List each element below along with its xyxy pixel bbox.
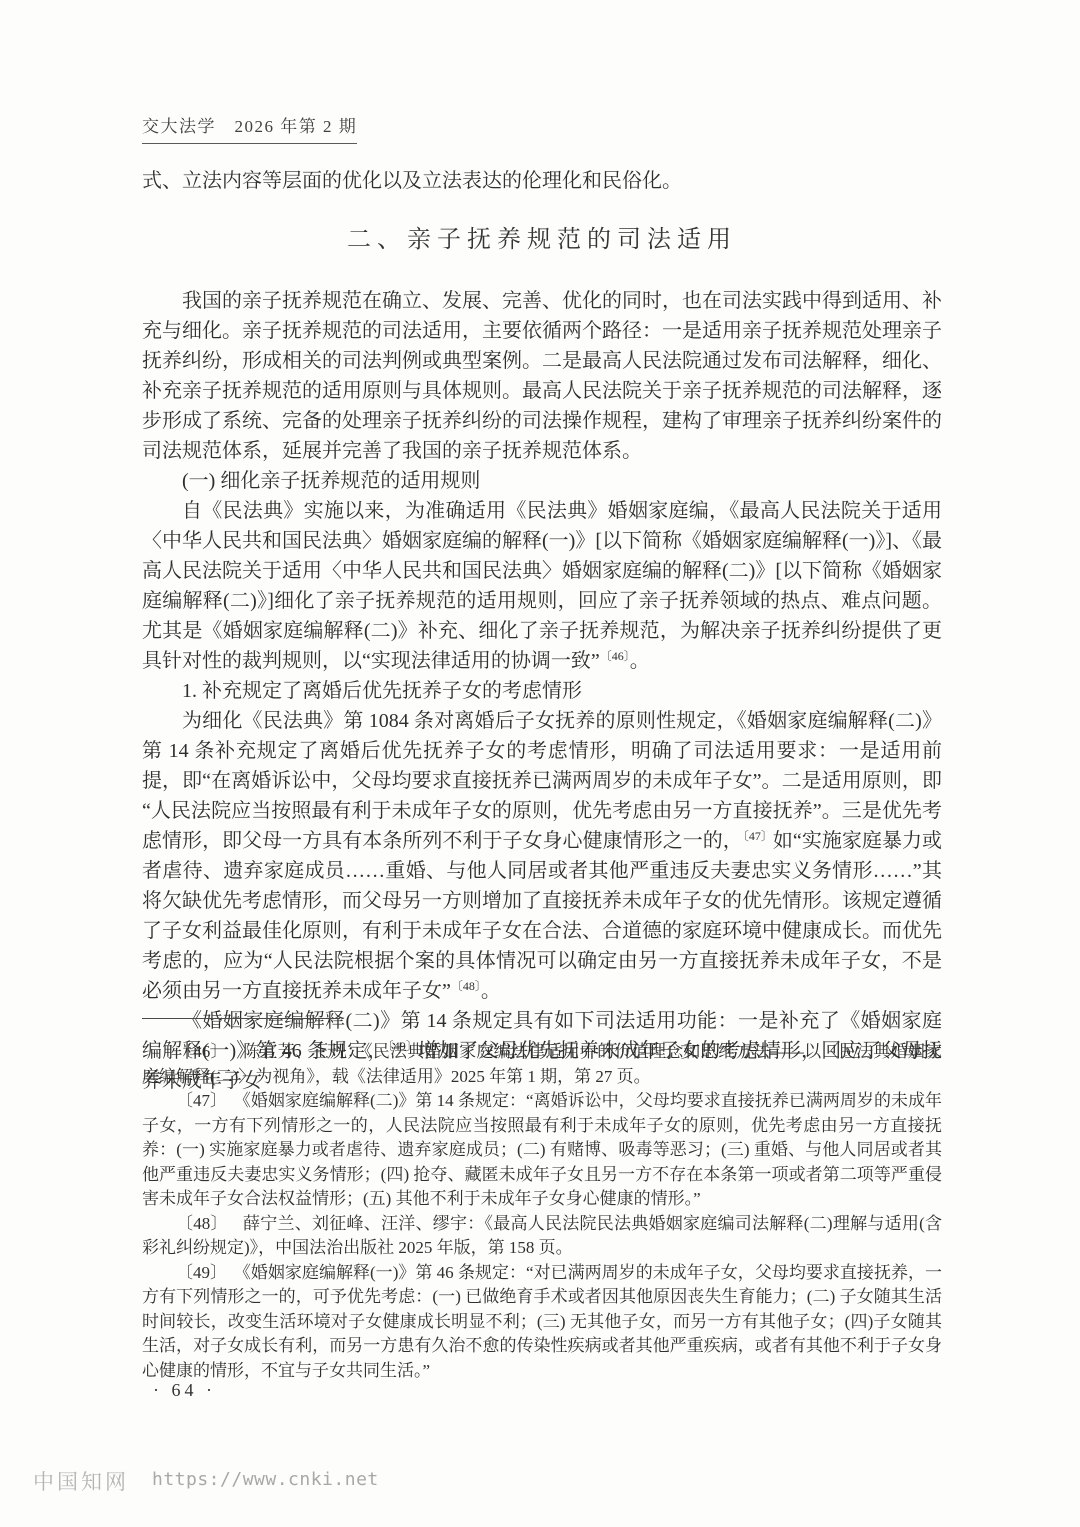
footnote-separator xyxy=(142,1018,340,1019)
footnote-item: 〔48〕薛宁兰、刘征峰、汪洋、缪宇：《最高人民法院民法典婚姻家庭编司法解释(二)… xyxy=(142,1212,942,1261)
footnote-marker: 〔48〕 xyxy=(176,1214,228,1233)
footnote-text: 陈宜芳、王丹：《民法典婚姻家庭编法律适用中的价值理念和思维方法——以〈民法典婚姻… xyxy=(142,1042,942,1086)
carryover-line: 式、立法内容等层面的优化以及立法表达的伦理化和民俗化。 xyxy=(142,166,942,196)
scanned-journal-page: 交大法学 2026 年第 2 期 式、立法内容等层面的优化以及立法表达的伦理化和… xyxy=(0,0,1080,1527)
article-content: 式、立法内容等层面的优化以及立法表达的伦理化和民俗化。 二、亲子抚养规范的司法适… xyxy=(142,166,942,1096)
footnotes-list: 〔46〕陈宜芳、王丹：《民法典婚姻家庭编法律适用中的价值理念和思维方法——以〈民… xyxy=(142,1040,942,1383)
paragraph: 自《民法典》实施以来，为准确适用《民法典》婚姻家庭编，《最高人民法院关于适用〈中… xyxy=(142,496,942,676)
footnote-text: 薛宁兰、刘征峰、汪洋、缪宇：《最高人民法院民法典婚姻家庭编司法解释(二)理解与适… xyxy=(142,1214,942,1258)
footnote-item: 〔49〕《婚姻家庭编解释(一)》第 46 条规定：“对已满两周岁的未成年子女，父… xyxy=(142,1261,942,1384)
footnote-text: 《婚姻家庭编解释(二)》第 14 条规定：“离婚诉讼中，父母均要求直接抚养已满两… xyxy=(142,1091,942,1208)
cnki-watermark-url: https://www.cnki.net xyxy=(152,1469,379,1490)
footnote-marker: 〔47〕 xyxy=(176,1091,227,1110)
journal-header: 交大法学 2026 年第 2 期 xyxy=(142,112,357,144)
footnote-marker: 〔46〕 xyxy=(176,1042,228,1061)
footnote-marker: 〔49〕 xyxy=(176,1263,227,1282)
footnote-ref: 〔47〕 xyxy=(743,829,773,843)
subsection-heading: (一) 细化亲子抚养规范的适用规则 xyxy=(142,466,942,496)
body-paragraphs: 我国的亲子抚养规范在确立、发展、完善、优化的同时，也在司法实践中得到适用、补充与… xyxy=(142,286,942,1096)
footnote-item: 〔46〕陈宜芳、王丹：《民法典婚姻家庭编法律适用中的价值理念和思维方法——以〈民… xyxy=(142,1040,942,1089)
paragraph: 为细化《民法典》第 1084 条对离婚后子女抚养的原则性规定，《婚姻家庭编解释(… xyxy=(142,706,942,1006)
footnote-item: 〔47〕《婚姻家庭编解释(二)》第 14 条规定：“离婚诉讼中，父母均要求直接抚… xyxy=(142,1089,942,1212)
paragraph: 我国的亲子抚养规范在确立、发展、完善、优化的同时，也在司法实践中得到适用、补充与… xyxy=(142,286,942,466)
section-title: 二、亲子抚养规范的司法适用 xyxy=(142,222,942,258)
subsection-heading: 1. 补充规定了离婚后优先抚养子女的考虑情形 xyxy=(142,676,942,706)
footnote-ref: 〔48〕 xyxy=(451,979,481,993)
page-number: · 64 · xyxy=(153,1380,216,1401)
footnote-text: 《婚姻家庭编解释(一)》第 46 条规定：“对已满两周岁的未成年子女，父母均要求… xyxy=(142,1263,942,1380)
footnote-ref: 〔46〕 xyxy=(600,649,630,663)
cnki-watermark-name: 中国知网 xyxy=(33,1466,129,1496)
